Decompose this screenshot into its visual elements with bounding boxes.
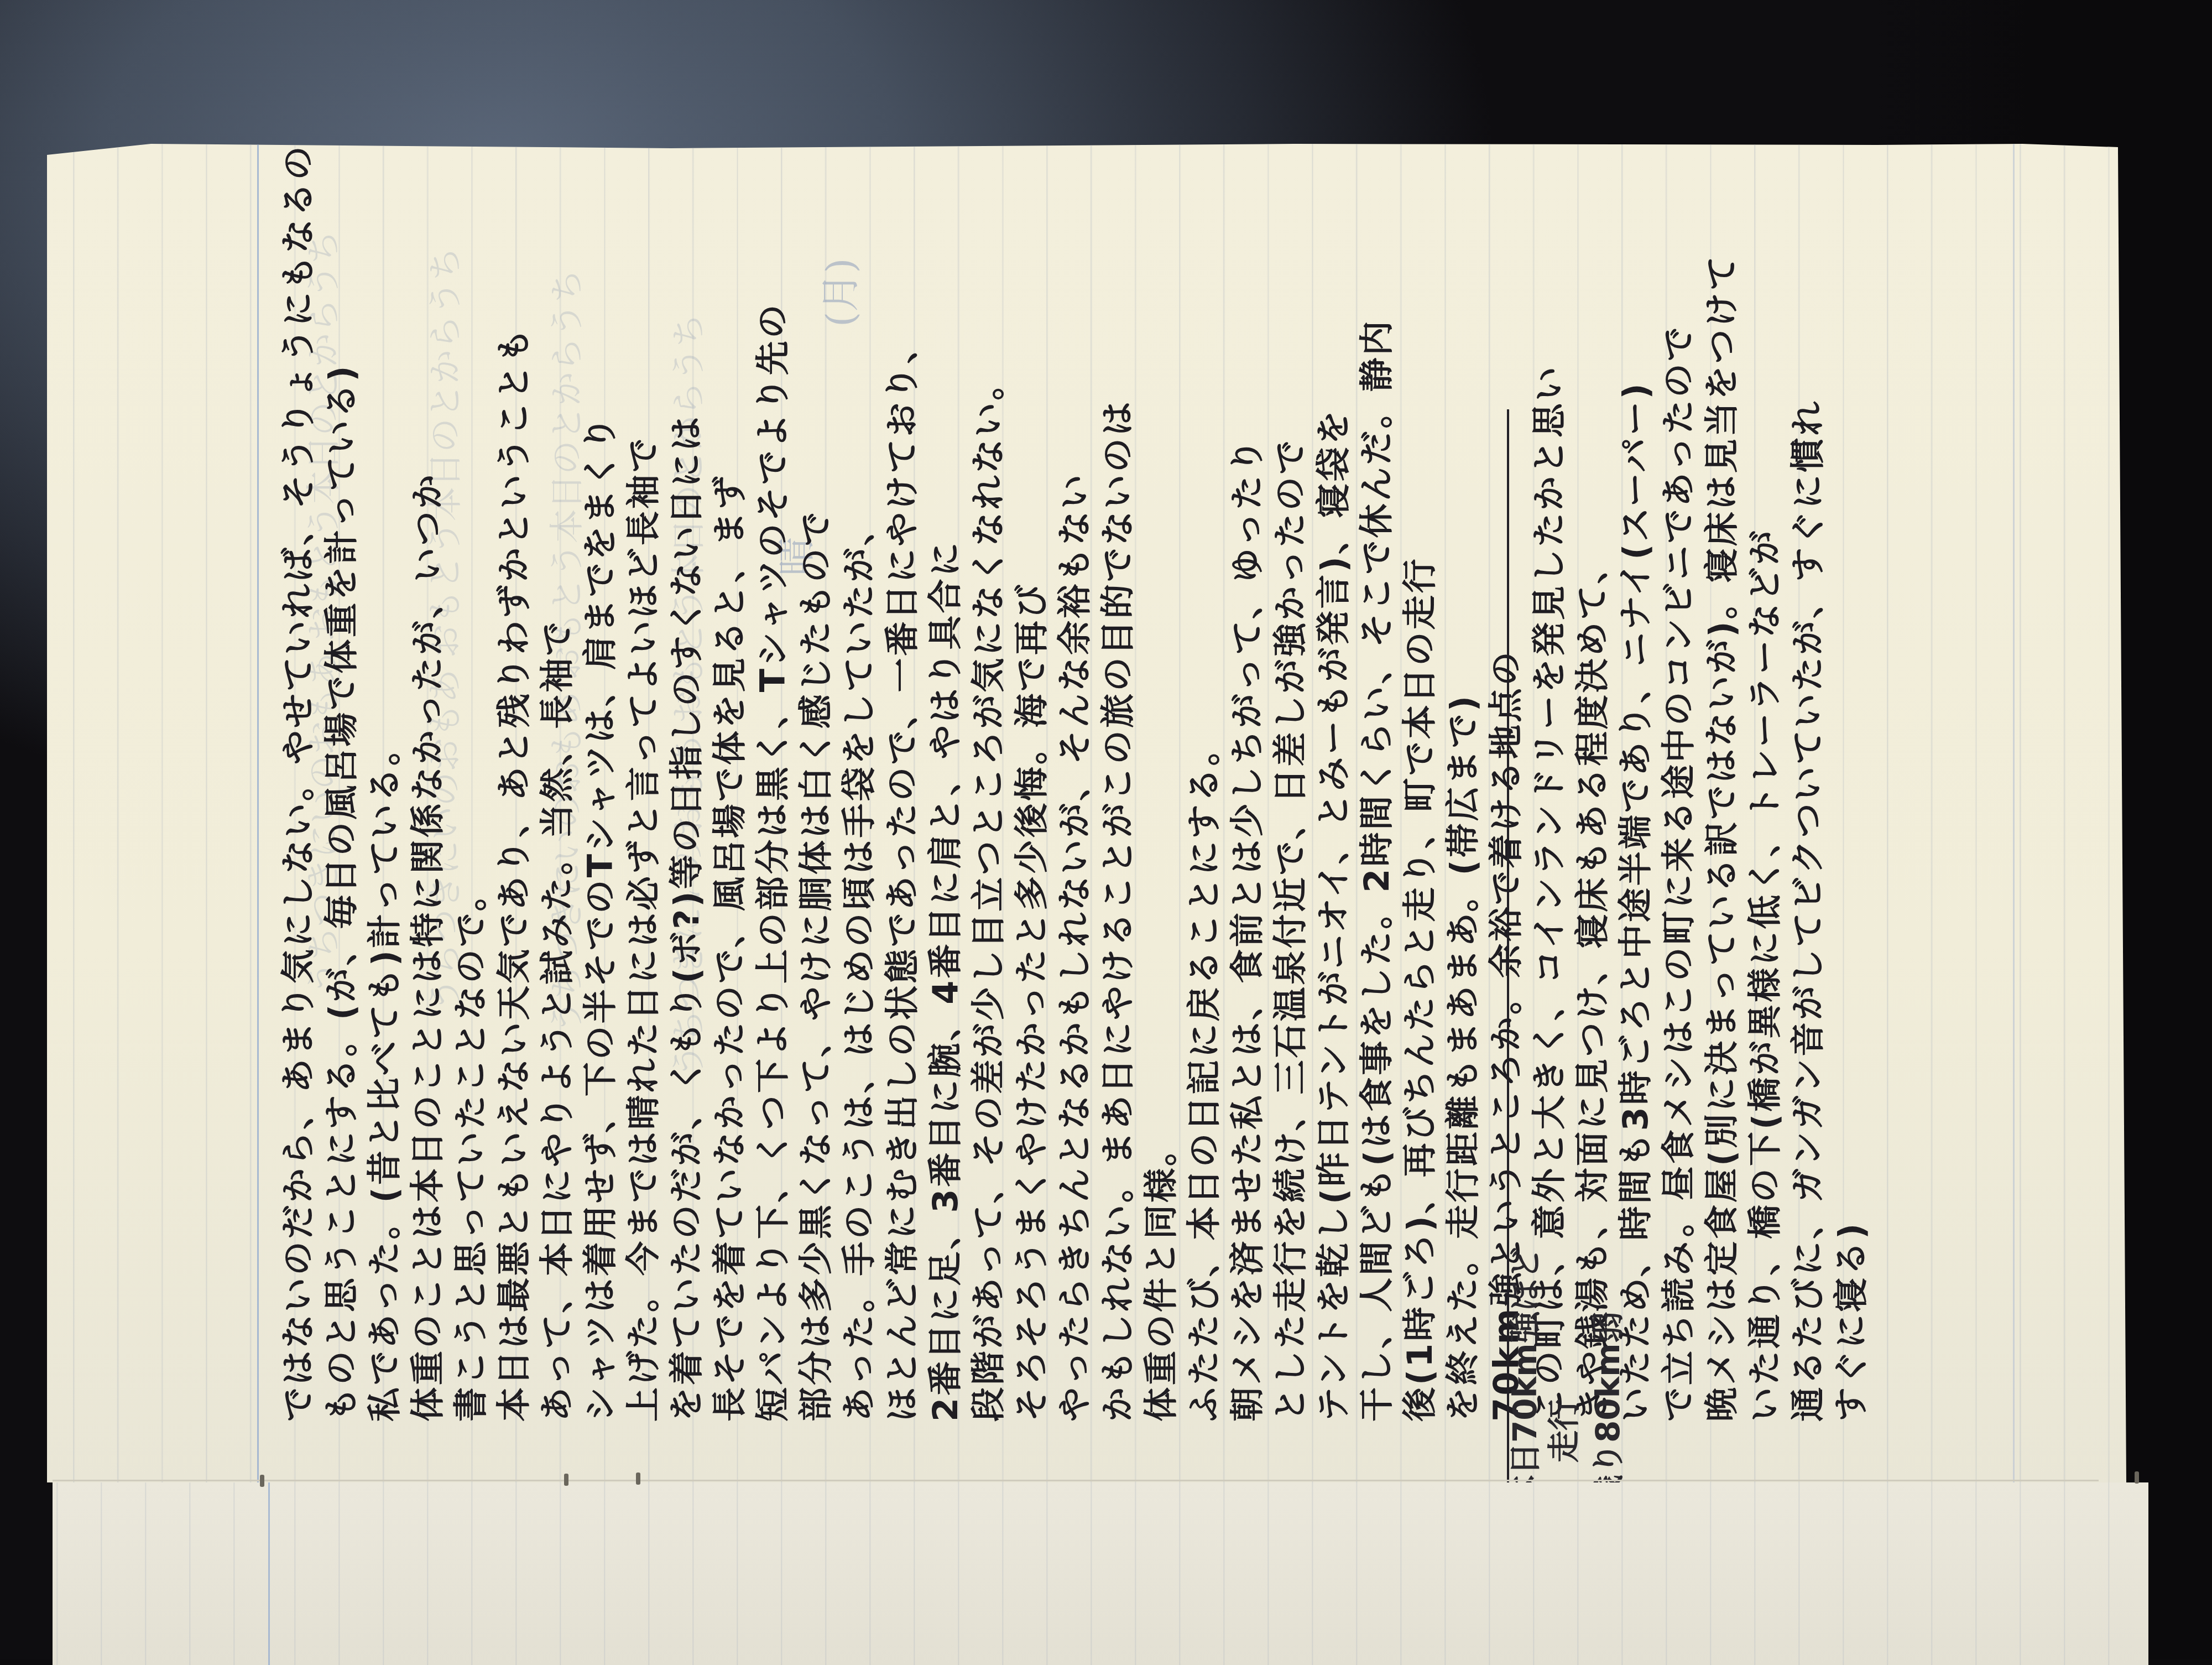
journal-line-text: テントを乾し(昨日テントがニオイ、とみーもが発言)、寝袋を	[1314, 408, 1353, 1422]
journal-line-text: 上げた。今までは晴れた日には必ずと言ってよいほど長袖で	[624, 436, 663, 1422]
margin-rule	[268, 1482, 270, 1659]
journal-line: 晩メシは定食屋(別に決まっている訳ではないが)。寝床は見当をつけて	[1703, 177, 1741, 1422]
journal-line: 私であった。(昔と比べても)計っている。	[366, 177, 404, 1422]
journal-line: 2番目に足、3番目に腕、4番目に肩と、やはり具合に	[926, 177, 965, 1422]
journal-line-text: すぐに寝る)	[1832, 1221, 1871, 1422]
journal-line: いたため、時間も3時ごろと中途半端であり、ニナイ(スーパー)	[1616, 177, 1655, 1422]
journal-line: シャツは着用せず、下の半そでのTシャツは、肩までをまくり	[581, 177, 620, 1422]
journal-line: 70km強というところか。余裕で着ける地点の	[1487, 177, 1526, 1422]
journal-line: 体重のことは本日のことには特に関係なかったが、いつか	[409, 177, 447, 1422]
binding-stitch	[564, 1474, 568, 1486]
journal-line-text: 晩メシは定食屋(別に決まっている訳ではないが)。寝床は見当をつけて	[1703, 254, 1741, 1422]
journal-line-text: 書こうと思っていたことなので。	[452, 875, 491, 1422]
journal-line-text: そろそろうまくやけたかったと多少後悔。海で再び	[1013, 582, 1051, 1422]
journal-line: ではないのだから、あまり気にしない。やせていれば、そうりょうにもなるので	[279, 177, 318, 1422]
journal-line: いた通り、橋の下(橋が異様に低く、トレーラーなどが	[1746, 177, 1785, 1422]
journal-line-text: ではないのだから、あまり気にしない。やせていれば、そうりょうにもなるので	[279, 107, 318, 1422]
journal-line-text: 長そでを着ていなかったので、風呂場で体を見ると、まず	[711, 473, 749, 1422]
journal-line-text: シャツは着用せず、下の半そでのTシャツは、肩までをまくり	[581, 414, 620, 1422]
journal-line: ほとんど常にむき出しの状態であったので、一番日にやけており、	[883, 177, 922, 1422]
binding-stitch	[260, 1475, 264, 1487]
right-margin-rule	[2013, 144, 2015, 1482]
journal-line-text: 短パンより下、くつ下より上の部分は黒く、Tシャツのそでより先の	[754, 302, 792, 1422]
journal-line: 朝メシを済ませた私とは、食前とは少しちがって、ゆったり	[1228, 177, 1267, 1422]
journal-line: 本日は最悪ともいえない天気であり、あと残りわずかということも	[495, 177, 534, 1422]
journal-line-text: いたため、時間も3時ごろと中途半端であり、ニナイ(スーパー)	[1616, 381, 1655, 1422]
journal-line: きや銭湯も、対面に見つけ、寝床もある程度決めて、	[1573, 177, 1612, 1422]
left-margin-rule	[257, 144, 259, 1482]
strikethrough-mark	[1507, 409, 1509, 1488]
journal-line-text: ほとんど常にむき出しの状態であったので、一番日にやけており、	[883, 327, 922, 1422]
journal-line-text: 干し、人間ども(は食事をした。2時間くらい、そこで休んだ。静内	[1358, 319, 1396, 1422]
journal-line-text: かもしれない。まあ日にやけることがこの旅の目的でないのは	[1099, 399, 1138, 1422]
journal-line: 段階があって、その差が少し目立つところが気になくなれない。	[969, 177, 1008, 1422]
journal-line: 体重の件と同様。	[1142, 177, 1181, 1422]
journal-line: を着ていたのだが、くもり(ボ?)等の日指しのすくない日には	[667, 177, 706, 1422]
journal-line-text: きや銭湯も、対面に見つけ、寝床もある程度決めて、	[1573, 548, 1612, 1422]
journal-body: ではないのだから、あまり気にしない。やせていれば、そうりょうにもなるので ものと…	[279, 177, 1994, 1422]
journal-line: あった。手のこうは、はじめの頃は手袋をしていたが、	[840, 177, 879, 1422]
journal-line: 長そでを着ていなかったので、風呂場で体を見ると、まず	[711, 177, 749, 1422]
journal-line-text: ふたたび、本日の日記に戻ることにする。	[1185, 729, 1224, 1422]
journal-line: 上げた。今までは晴れた日には必ずと言ってよいほど長袖で	[624, 177, 663, 1422]
journal-page: (月) 晴 うちつきにいのおもあ おもとう本日のとからうち うちつきにいのおもあ…	[47, 144, 2126, 1482]
journal-line: ものと思うことにする。(が、毎日の風呂場で体重を計っている)	[322, 177, 361, 1422]
margin-note-distance-remaining: 残り80km弱	[1582, 1311, 1629, 1507]
journal-line: で立ち読み。昼食メシはこの町に来る途中のコンビニであったので	[1660, 177, 1698, 1422]
journal-line-text: あった。手のこうは、はじめの頃は手袋をしていたが、	[840, 509, 879, 1422]
binding-stitch	[2135, 1471, 2139, 1484]
journal-line-text: 朝メシを済ませた私とは、食前とは少しちがって、ゆったり	[1228, 437, 1267, 1422]
margin-note-distance-today-2: 走行	[1538, 1398, 1584, 1463]
journal-line-text: やったらきちんとなるかもしれないが、そんな余裕もない	[1056, 472, 1094, 1422]
journal-line: 部分は多少黒くなって、やけに胴体は白く感じたもので	[797, 177, 836, 1422]
journal-line-text: ものと思うことにする。(が、毎日の風呂場で体重を計っている)	[322, 363, 361, 1422]
journal-line: そろそろうまくやけたかったと多少後悔。海で再び	[1013, 177, 1051, 1422]
journal-line: やったらきちんとなるかもしれないが、そんな余裕もない	[1056, 177, 1094, 1422]
journal-line-text: 後(1時ごろ)、再びちんたらと走り、町で本日の走行	[1401, 556, 1439, 1422]
journal-line: 後(1時ごろ)、再びちんたらと走り、町で本日の走行	[1401, 177, 1439, 1422]
ruled-lines	[53, 1482, 2148, 1659]
page-fold	[53, 1480, 2099, 1481]
journal-line-text: を終えた。走行距離もまあまあ。(帯広まで)	[1444, 694, 1483, 1422]
journal-line-text: 段階があって、その差が少し目立つところが気になくなれない。	[969, 364, 1008, 1422]
journal-line-text: あって、本日にやりようと試みた。当然、長袖で	[538, 620, 577, 1422]
journal-line: すぐに寝る)	[1832, 177, 1871, 1422]
journal-line-text: 本日は最悪ともいえない天気であり、あと残りわずかということも	[495, 326, 534, 1422]
journal-line: 干し、人間ども(は食事をした。2時間くらい、そこで休んだ。静内	[1358, 177, 1396, 1422]
journal-line: かもしれない。まあ日にやけることがこの旅の目的でないのは	[1099, 177, 1138, 1422]
journal-line-text: 通るたびに、ガンガン音がしてビクついていたが、すぐに慣れ	[1789, 399, 1828, 1422]
journal-line-text: を着ていたのだが、くもり(ボ?)等の日指しのすくない日には	[667, 414, 706, 1422]
journal-line: を終えた。走行距離もまあまあ。(帯広まで)	[1444, 177, 1483, 1422]
journal-line: 短パンより下、くつ下より上の部分は黒く、Tシャツのそでより先の	[754, 177, 792, 1422]
journal-line-text: 私であった。(昔と比べても)計っている。	[366, 729, 404, 1422]
journal-line-text: 体重の件と同様。	[1142, 1130, 1181, 1422]
journal-line: この町は、意外と大きく、コインランドリーを発見したかと思い	[1530, 177, 1569, 1422]
margin-note-distance-today: 本日70km強ほど	[1499, 1247, 1546, 1507]
journal-line-text: 体重のことは本日のことには特に関係なかったが、いつか	[409, 472, 447, 1422]
binding-stitch	[636, 1473, 640, 1485]
next-page-leaf: メン	[53, 1482, 2148, 1659]
journal-line-text: いた通り、橋の下(橋が異様に低く、トレーラーなどが	[1746, 528, 1785, 1422]
journal-line: テントを乾し(昨日テントがニオイ、とみーもが発言)、寝袋を	[1314, 177, 1353, 1422]
journal-line: ふたたび、本日の日記に戻ることにする。	[1185, 177, 1224, 1422]
journal-line: とした走行を続け、三石温泉付近で、日差しが強かったので	[1271, 177, 1310, 1422]
journal-line-text: 2番目に足、3番目に腕、4番目に肩と、やはり具合に	[926, 540, 965, 1422]
journal-line-text: で立ち読み。昼食メシはこの町に来る途中のコンビニであったので	[1660, 325, 1698, 1422]
journal-line-text: とした走行を続け、三石温泉付近で、日差しが強かったので	[1271, 438, 1310, 1422]
journal-line: 通るたびに、ガンガン音がしてビクついていたが、すぐに慣れ	[1789, 177, 1828, 1422]
journal-line-text: 部分は多少黒くなって、やけに胴体は白く感じたもので	[797, 509, 836, 1422]
journal-line: 書こうと思っていたことなので。	[452, 177, 491, 1422]
journal-line: あって、本日にやりようと試みた。当然、長袖で	[538, 177, 577, 1422]
